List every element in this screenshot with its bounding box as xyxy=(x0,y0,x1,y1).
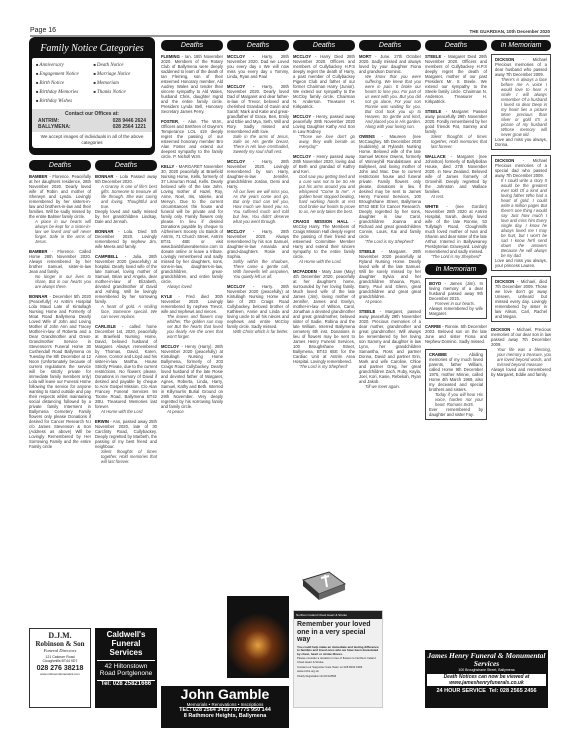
category-item: Birth Notice xyxy=(36,79,91,88)
notice: WHITE - (nee Gordon) November 28th 2020 … xyxy=(425,204,487,259)
notice-text: - Ann, passed away 25th November 2020, l… xyxy=(95,419,157,449)
in-memoriam-tab: In Memoriam xyxy=(425,264,487,275)
notice: DICKSON - Michael Precious memories of a… xyxy=(491,54,551,150)
notice: MCCLOY - Harry. 28th November 2020 (peac… xyxy=(227,284,289,334)
contact-heading: Contact our Offices at: xyxy=(38,111,146,118)
notice-verse: The leaves and flowers may whither, The … xyxy=(161,314,223,339)
notice: KYLE - Fred died 30th November 2020. Lov… xyxy=(161,294,223,339)
robinson-ad: D.J.M. Robinson & Son Funeral Directors … xyxy=(29,628,91,708)
notice-text: - Florence. Peacefully at her daughters … xyxy=(29,174,91,219)
notice: KELLY - MARGARET November 30, 2020 peace… xyxy=(161,164,223,289)
deaths-tab: Deaths xyxy=(29,160,91,171)
notice: MCCLOY - Harry. 28th November 2020. Alwa… xyxy=(227,229,289,279)
notice: MCCLOY - Henry (Harry). 28th November 20… xyxy=(161,344,223,414)
notice-text: - Harry. 28th November 2020 (peacefully)… xyxy=(227,284,289,329)
notice: CARRIE - Ronnie. 6th December 2003. Belo… xyxy=(425,324,487,344)
notice-verse: At peace. xyxy=(161,409,223,414)
column-8: In Memoriam DICKSON - Michael Precious m… xyxy=(491,40,551,620)
notice-verse: "The Lord is my Shepherd" xyxy=(425,254,487,259)
notice-verse: A place in our hearts will always be kep… xyxy=(29,219,91,244)
candle-photo xyxy=(227,596,289,678)
categories-title: Family Notice Categories xyxy=(32,43,152,54)
notice-verse: 'The Lord is my Shepherd' xyxy=(293,364,355,369)
notice-signoff: Love and miss you always, your princess … xyxy=(495,258,547,268)
notice: CARLISLE - called home December 1st, 202… xyxy=(95,324,157,414)
notice-text: - called home December 1st, 2020, peacef… xyxy=(95,324,157,409)
notice-text: - Henry (Harry). 28th November 2020 (pea… xyxy=(161,344,223,409)
notice: MCCLOY - Harry. 28th November 2020. Dad … xyxy=(227,54,289,79)
notice: BONNAR - December 5th 2020 (Peacefully) … xyxy=(29,294,91,449)
deaths-tab: Deaths xyxy=(359,40,421,51)
page-number: Page 16 xyxy=(30,27,56,34)
column-4: Deaths MCCLOY - Harry. 28th November 202… xyxy=(227,40,289,490)
notice: DICKSON - Michael. Precious memories of … xyxy=(491,327,551,377)
notice-text: - Harry. 28th November 2020. Always reme… xyxy=(227,229,289,259)
notice: BONNAR - Lola Passed away 5th December 2… xyxy=(95,174,157,224)
bible-icon xyxy=(299,570,349,606)
gamble-ad: John Gamble Memorials • Renovations • In… xyxy=(161,686,289,728)
notice-signoff: Deeply loved and sadly missed by her gra… xyxy=(95,209,157,224)
notice-verse: At Home with the Lord xyxy=(95,409,157,414)
deaths-tab: Deaths xyxy=(293,40,355,51)
category-item: Birthday Memories xyxy=(36,88,91,97)
deaths-tab: Deaths xyxy=(161,40,223,51)
notice-text: - Harry Died 28th November 2020. Officer… xyxy=(293,54,355,109)
notice: CRABBE - Abiding memories of my much lov… xyxy=(425,349,487,420)
notice-verse: There's is always a face before me A voi… xyxy=(495,77,547,137)
notice-verse: "Those we love don't go away, they walk … xyxy=(293,134,355,149)
office-ballymena: BALLYMENA:028 2564 1221 xyxy=(38,124,146,130)
in-memoriam-tab: In Memoriam xyxy=(491,40,551,51)
column-1: Deaths BAMBER - Florence. Peacefully at … xyxy=(29,160,91,454)
deaths-tab: Deaths xyxy=(95,160,157,171)
notice-verse: At Home with the Lord. xyxy=(293,259,355,264)
accept-images-note: We accept images of individuals in all o… xyxy=(32,132,152,148)
notice-verse: At rest. xyxy=(425,194,487,199)
notice-text: , - Alan. The W.M., Officers and Brethre… xyxy=(161,119,223,159)
notice-verse: All our lives we will miss you, As the y… xyxy=(227,189,289,224)
notice: STEELE - Margaret. 29th November 2020 pe… xyxy=(359,249,421,304)
notice-text: - MARGARET November 30, 2020 peacefully … xyxy=(161,164,223,284)
column-7: Deaths STEELE - Margaret Died 29th Novem… xyxy=(425,40,487,620)
notice: FLEMING - Ian. 18th November 2020. Membe… xyxy=(161,54,223,114)
notice-text: - Julia. 28th November 2020 (peacefully)… xyxy=(95,254,157,304)
caldwell-ad: Caldwell's Funeral Services 42 Hiltonsto… xyxy=(95,628,157,708)
notice: BAMBER - Florence. Called Home 28th Nove… xyxy=(29,249,91,289)
notice: STEELE - Margaret, passed away peacefull… xyxy=(359,309,421,389)
notice-signoff: Love and miss you always, Donna. xyxy=(495,137,547,147)
notice-text: - (nee Gordon) November 28th 2020 at Ant… xyxy=(425,204,487,254)
notice-verse: Softly within the shadows, There came a … xyxy=(227,259,289,279)
james-henry-ad: James Henry Funeral & Monumental Service… xyxy=(425,650,548,708)
notice-text: - Maureen (nee McCaughey. 5th December 2… xyxy=(359,134,421,239)
notice-verse: With Christ which is far better. xyxy=(227,329,289,334)
notice-verse: Silent thoughts of times together. Hold … xyxy=(95,449,157,464)
notice-verse: At peace. xyxy=(359,299,421,304)
notice: BOYD - James (Jim). In loving memory of … xyxy=(425,278,487,319)
notice-text: - Mary Jane (May) 4th December 2020, pea… xyxy=(293,269,355,364)
notice-verse: We know that you were suffering. We knew… xyxy=(359,74,421,129)
contact-offices: Contact our Offices at: ANTRIM:028 9446 … xyxy=(32,109,152,132)
deaths-tab: Deaths xyxy=(227,40,289,51)
notice: STEELE - Margaret Died 29th November 202… xyxy=(425,54,487,104)
notice: MCCLOY - Harry. 28th November 2020. Lovi… xyxy=(227,159,289,224)
column-3: Deaths FLEMING - Ian. 18th November 2020… xyxy=(161,40,223,540)
notice-signoff: Always loved and remembered by Margaret,… xyxy=(491,367,551,377)
notice-verse: No longer in our lives to share, But in … xyxy=(29,274,91,289)
notice: CRAIGS MISSION HALL - McCloy Harry. The … xyxy=(293,219,355,264)
category-item: Marriage Notice xyxy=(94,70,149,79)
notice: DICKSON - Michael Precious memories of a… xyxy=(491,155,551,271)
notice: DICKSON - Michael, died 7th December 200… xyxy=(491,276,551,322)
notice: MCCLOY - Harry Died 28th November 2020. … xyxy=(293,54,355,109)
notice: OWENS - Maureen (nee McCaughey. 5th Dece… xyxy=(359,134,421,244)
website-link[interactable]: www.jameshenryfunerals.co.uk xyxy=(427,680,546,686)
column-2: Deaths BONNAR - Lola Passed away 5th Dec… xyxy=(95,160,157,469)
notice-verse: Your life was a blessing, your memory a … xyxy=(491,347,551,367)
notice-verse: Silent thoughts of times together, Hold … xyxy=(425,134,487,149)
notice-text: - Harry. 28th November 2020. Dearly love… xyxy=(227,84,289,134)
notice-text: - McCloy Harry. The Members of Craigs Mi… xyxy=(293,219,355,259)
notice: ERWIN - Ann, passed away 25th November 2… xyxy=(95,419,157,464)
notice: WALLACE - Margaret (nee Johnston) former… xyxy=(425,154,487,199)
notice-verse: Always loved. xyxy=(161,284,223,289)
notice-text: - December 5th 2020 (Peacefully) At Antr… xyxy=(29,294,91,449)
notice-verse: Today if you will hear His voice, harden… xyxy=(429,392,483,407)
column-5: Deaths MCCLOY - Harry Died 28th November… xyxy=(293,40,355,510)
notice-signoff: Ever remembered by daughter and sister F… xyxy=(429,407,483,417)
notice-text: - Margaret Died 29th November 2020. Offi… xyxy=(425,54,487,104)
deaths-tab: Deaths xyxy=(425,40,487,51)
category-item: Memoriam xyxy=(94,79,149,88)
category-item: Anniversary xyxy=(36,61,91,70)
notice-text: - Michael, died 7th December 2009. Those… xyxy=(495,279,547,319)
notice: BAMBER - Florence. Peacefully at her dau… xyxy=(29,174,91,244)
notice-text: - Margaret. 29th November 2020 peacefull… xyxy=(359,249,421,299)
notice-text: - Margaret (nee Johnston) formerly of Ba… xyxy=(425,154,487,194)
notice-text: - Harry. 28th November 2020. Lovingly re… xyxy=(227,159,289,189)
notice: CAMPBELL - Julia. 28th November 2020 (pe… xyxy=(95,254,157,319)
notice-verse: A Granny is one of life's best gifts. So… xyxy=(95,184,157,209)
chest-heart-stroke-ad: Northern Ireland Chest Heart & Stroke Re… xyxy=(293,610,383,708)
family-notice-categories: Family Notice Categories AnniversaryDeat… xyxy=(29,37,155,155)
category-item: Birthday Wishes xyxy=(36,97,91,106)
category-item: Death Notice xyxy=(94,61,149,70)
notice-text: - Margaret, passed away peacefully 29th … xyxy=(359,309,421,384)
notice-signoff: Always remembered by wife Margaret. xyxy=(429,306,483,316)
notice-verse: God saw you getting tired and a cure was… xyxy=(293,174,355,214)
notice-verse: Till we meet again. xyxy=(359,384,421,389)
notice-verse: Safe in the arms of Jesus, Safe on His g… xyxy=(227,134,289,154)
notice-text: - Ian. 18th November 2020. Members of th… xyxy=(161,54,223,114)
notice: BONNAR - Lola. Died 5th December 2020. L… xyxy=(95,229,157,249)
notice: MORT - June. 27th October 2020. Sadly mi… xyxy=(359,54,421,129)
notice-verse: If I could write a story It would be the… xyxy=(495,178,547,258)
notice: MCFADDEN - Mary Jane (May) 4th December … xyxy=(293,269,355,369)
paper-dateline: THE GUARDIAN, 10th December 2020 xyxy=(469,29,550,34)
notice: STEELE - Margaret Passed away peacefully… xyxy=(425,109,487,149)
category-item: Engagement Notice xyxy=(36,70,91,79)
notice-verse: A heart of gold. A smiling face, Someone… xyxy=(95,304,157,319)
column-6: Deaths MORT - June. 27th October 2020. S… xyxy=(359,40,421,580)
notice: MCCLOY - Henry passed away 28th November… xyxy=(293,154,355,214)
notice-verse: 'The Lord is my Shepherd' xyxy=(359,239,421,244)
notice: MCCLOY - Henry, passed away peacefully 2… xyxy=(293,114,355,149)
category-item: Thanks Notice xyxy=(94,88,149,97)
notice-text: - Abiding memories of my much loved pare… xyxy=(429,352,483,392)
page-header: Page 16 THE GUARDIAN, 10th December 2020 xyxy=(30,25,550,37)
categories-list: AnniversaryDeath NoticeEngagement Notice… xyxy=(32,58,152,109)
notice: FOSTER, - Alan. The W.M., Officers and B… xyxy=(161,119,223,159)
notice: MCCLOY - Harry. 28th November 2020. Dear… xyxy=(227,84,289,154)
